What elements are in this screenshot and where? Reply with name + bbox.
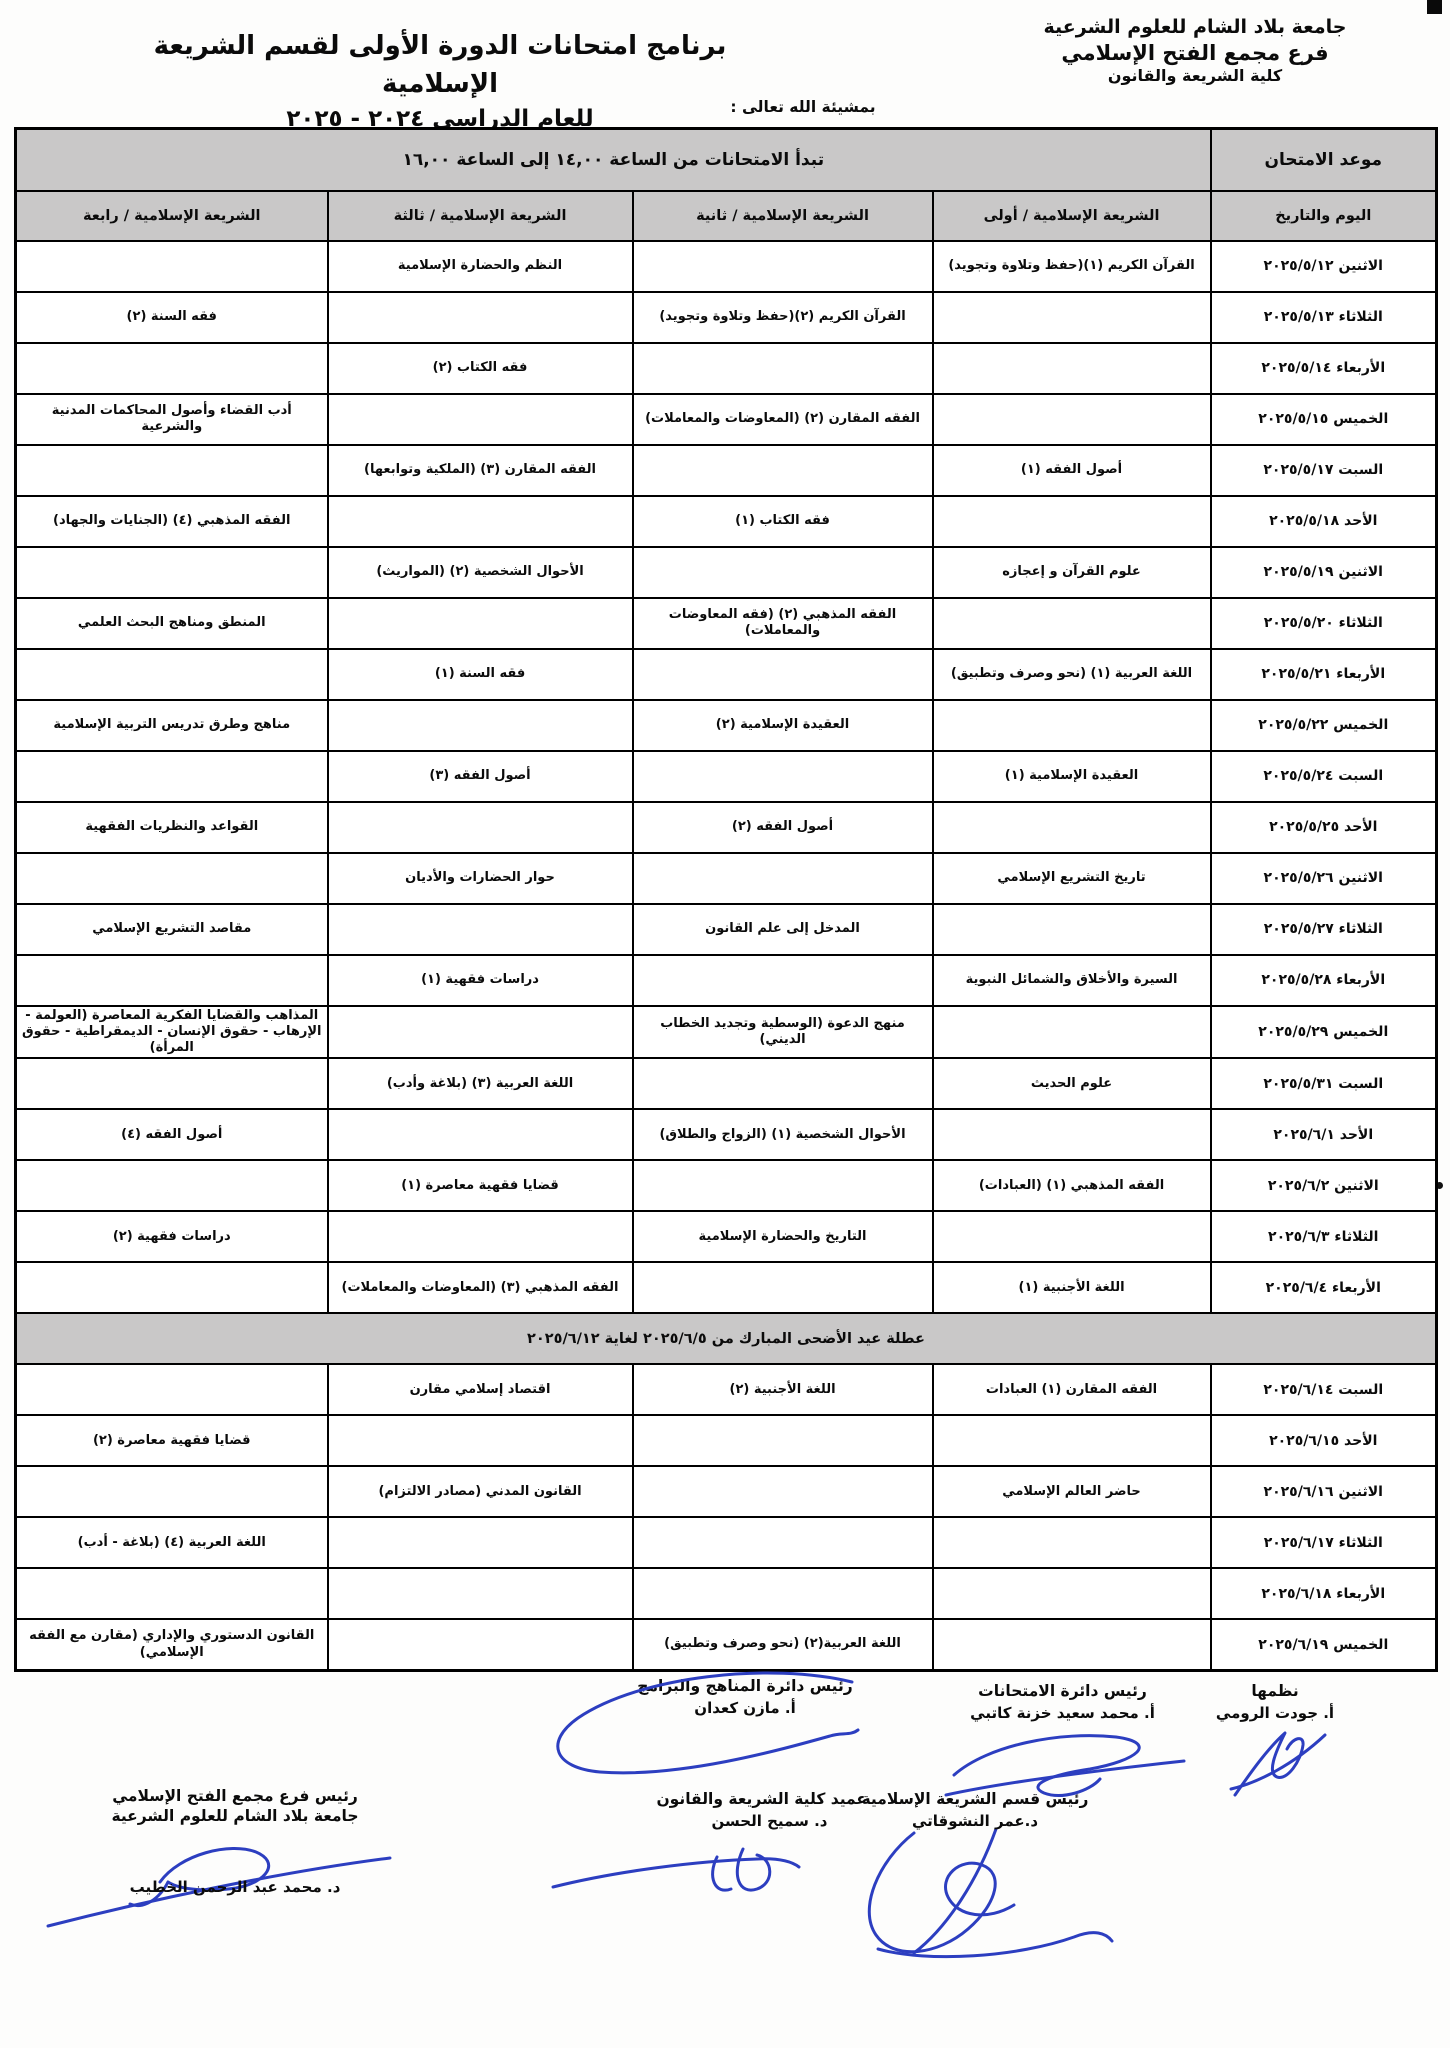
exam-subject-cell: فقه الكتاب (١): [633, 496, 933, 547]
exam-row: الخميس ٢٠٢٥/٦/١٩اللغة العربية(٢) (نحو وص…: [16, 1619, 1437, 1670]
exam-subject-cell: القانون المدني (مصادر الالتزام): [328, 1466, 633, 1517]
invocation-text: بمشيئة الله تعالى :: [728, 98, 878, 116]
signature-ink-dept-head: [818, 1825, 1118, 1963]
dean-name: د. سميح الحسن: [672, 1812, 867, 1832]
exam-subject-cell: [328, 1006, 633, 1059]
exam-subject-cell: [16, 1466, 328, 1517]
exam-subject-cell: القرآن الكريم (١)(حفظ وتلاوة وتجويد): [933, 241, 1211, 292]
exam-subject-cell: الفقه المذهبي (٣) (المعاوضات والمعاملات): [328, 1262, 633, 1313]
exam-subject-cell: [633, 547, 933, 598]
branch-name: فرع مجمع الفتح الإسلامي: [1030, 40, 1360, 66]
exam-subject-cell: [328, 598, 633, 649]
exam-date-cell: السبت ٢٠٢٥/٦/١٤: [1211, 1364, 1437, 1415]
exam-subject-cell: السيرة والأخلاق والشمائل النبوية: [933, 955, 1211, 1006]
exam-subject-cell: الأحوال الشخصية (٢) (المواريث): [328, 547, 633, 598]
exam-subject-cell: [16, 1160, 328, 1211]
exam-date-cell: الأحد ٢٠٢٥/٥/٢٥: [1211, 802, 1437, 853]
exam-subject-cell: تاريخ التشريع الإسلامي: [933, 853, 1211, 904]
exam-subject-cell: [328, 1415, 633, 1466]
exam-subject-cell: اللغة العربية (٤) (بلاغة - أدب): [16, 1517, 328, 1568]
dean-role: عميد كلية الشريعة والقانون: [672, 1789, 867, 1809]
exam-subject-cell: [328, 904, 633, 955]
exam-subject-cell: اللغة العربية(٢) (نحو وصرف وتطبيق): [633, 1619, 933, 1670]
exam-subject-cell: [933, 1517, 1211, 1568]
exam-row: الأربعاء ٢٠٢٥/٥/٢١اللغة العربية (١) (نحو…: [16, 649, 1437, 700]
exam-subject-cell: اللغة العربية (١) (نحو وصرف وتطبيق): [933, 649, 1211, 700]
signature-block-dean: عميد كلية الشريعة والقانون د. سميح الحسن: [672, 1789, 867, 1832]
exam-row: الخميس ٢٠٢٥/٥/٢٩منهج الدعوة (الوسطية وتج…: [16, 1006, 1437, 1059]
exam-subject-cell: [933, 598, 1211, 649]
exam-subject-cell: [16, 751, 328, 802]
exam-subject-cell: قضايا فقهية معاصرة (١): [328, 1160, 633, 1211]
exam-subject-cell: [933, 292, 1211, 343]
exam-subject-cell: فقه الكتاب (٢): [328, 343, 633, 394]
exam-row: الخميس ٢٠٢٥/٥/٢٢العقيدة الإسلامية (٢)منا…: [16, 700, 1437, 751]
exam-row: الثلاثاء ٢٠٢٥/٦/١٧اللغة العربية (٤) (بلا…: [16, 1517, 1437, 1568]
exam-subject-cell: أصول الفقه (١): [933, 445, 1211, 496]
exam-row: الأحد ٢٠٢٥/٦/١٥قضايا فقهية معاصرة (٢): [16, 1415, 1437, 1466]
signature-block-organizer: نظمها أ. جودت الرومي: [1185, 1681, 1365, 1724]
exam-subject-cell: [16, 853, 328, 904]
exam-subject-cell: [933, 700, 1211, 751]
exam-date-cell: الخميس ٢٠٢٥/٥/٢٩: [1211, 1006, 1437, 1059]
branch-head-name: د. محمد عبد الرحمن الخطيب: [85, 1878, 385, 1898]
exam-subject-cell: [633, 445, 933, 496]
exam-subject-cell: [633, 955, 933, 1006]
exam-subject-cell: التاريخ والحضارة الإسلامية: [633, 1211, 933, 1262]
exam-subject-cell: العقيدة الإسلامية (١): [933, 751, 1211, 802]
exam-subject-cell: [16, 241, 328, 292]
exam-subject-cell: [933, 1415, 1211, 1466]
exam-subject-cell: [633, 343, 933, 394]
signature-ink-organizer: [1225, 1725, 1333, 1803]
exam-subject-cell: [16, 445, 328, 496]
scanned-exam-schedule-page: جامعة بلاد الشام للعلوم الشرعية فرع مجمع…: [0, 0, 1450, 2048]
curricula-head-name: أ. مازن كعدان: [600, 1699, 890, 1719]
exam-date-cell: السبت ٢٠٢٥/٥/٣١: [1211, 1058, 1437, 1109]
exam-subject-cell: [633, 649, 933, 700]
exam-subject-cell: المنطق ومناهج البحث العلمي: [16, 598, 328, 649]
exam-subject-cell: [633, 751, 933, 802]
exam-subject-cell: [933, 802, 1211, 853]
exam-date-cell: الأربعاء ٢٠٢٥/٦/٤: [1211, 1262, 1437, 1313]
exam-subject-cell: [933, 1568, 1211, 1619]
exam-subject-cell: [328, 1517, 633, 1568]
exam-subject-cell: دراسات فقهية (٢): [16, 1211, 328, 1262]
exam-subject-cell: فقه السنة (١): [328, 649, 633, 700]
table-header-row-2: اليوم والتاريخ الشريعة الإسلامية / أولى …: [16, 191, 1437, 241]
exam-date-cell: الأربعاء ٢٠٢٥/٥/٢١: [1211, 649, 1437, 700]
exam-subject-cell: [633, 1058, 933, 1109]
exam-row: السبت ٢٠٢٥/٥/٣١علوم الحديثاللغة العربية …: [16, 1058, 1437, 1109]
exam-subject-cell: فقه السنة (٢): [16, 292, 328, 343]
exam-date-cell: الخميس ٢٠٢٥/٥/١٥: [1211, 394, 1437, 445]
exam-date-cell: الأحد ٢٠٢٥/٦/١: [1211, 1109, 1437, 1160]
exam-subject-cell: اقتصاد إسلامي مقارن: [328, 1364, 633, 1415]
exam-subject-cell: المذاهب والقضايا الفكرية المعاصرة (العول…: [16, 1006, 328, 1059]
exam-subject-cell: دراسات فقهية (١): [328, 955, 633, 1006]
exams-head-role: رئيس دائرة الامتحانات: [935, 1681, 1190, 1701]
exam-subject-cell: [933, 496, 1211, 547]
exam-row: السبت ٢٠٢٥/٦/١٤الفقه المقارن (١) العبادا…: [16, 1364, 1437, 1415]
exam-subject-cell: [16, 955, 328, 1006]
exam-subject-cell: [328, 496, 633, 547]
exam-subject-cell: الفقه المذهبي (٢) (فقه المعاوضات والمعام…: [633, 598, 933, 649]
exam-subject-cell: [933, 1006, 1211, 1059]
table-header-row-1: موعد الامتحان تبدأ الامتحانات من الساعة …: [16, 129, 1437, 191]
exam-subject-cell: علوم الحديث: [933, 1058, 1211, 1109]
exam-subject-cell: أدب القضاء وأصول المحاكمات المدنية والشر…: [16, 394, 328, 445]
exam-date-cell: الأحد ٢٠٢٥/٦/١٥: [1211, 1415, 1437, 1466]
exam-subject-cell: [16, 343, 328, 394]
exam-subject-cell: [933, 1109, 1211, 1160]
document-title: برنامج امتحانات الدورة الأولى لقسم الشري…: [140, 28, 740, 137]
exam-subject-cell: [16, 1058, 328, 1109]
exam-subject-cell: [328, 1619, 633, 1670]
exam-subject-cell: أصول الفقه (٤): [16, 1109, 328, 1160]
branch-head-org: جامعة بلاد الشام للعلوم الشرعية: [85, 1806, 385, 1826]
exam-subject-cell: [16, 1568, 328, 1619]
dept-head-name: د.عمر النشوقاتي: [860, 1812, 1090, 1832]
scan-corner-mark: [1427, 0, 1442, 14]
exam-row: الأحد ٢٠٢٥/٥/١٨فقه الكتاب (١)الفقه المذه…: [16, 496, 1437, 547]
exam-row: الاثنين ٢٠٢٥/٦/١٦حاضر العالم الإسلاميالق…: [16, 1466, 1437, 1517]
signature-block-exams-head: رئيس دائرة الامتحانات أ. محمد سعيد خزنة …: [935, 1681, 1190, 1724]
exam-subject-cell: الأحوال الشخصية (١) (الزواج والطلاق): [633, 1109, 933, 1160]
exam-subject-cell: علوم القرآن و إعجازه: [933, 547, 1211, 598]
exam-subject-cell: مقاصد التشريع الإسلامي: [16, 904, 328, 955]
exam-date-cell: الثلاثاء ٢٠٢٥/٦/٣: [1211, 1211, 1437, 1262]
exam-subject-cell: [328, 1109, 633, 1160]
year2-column-header: الشريعة الإسلامية / ثانية: [633, 191, 933, 241]
exam-date-cell: الاثنين ٢٠٢٥/٥/١٢: [1211, 241, 1437, 292]
exam-row: الثلاثاء ٢٠٢٥/٥/١٣القرآن الكريم (٢)(حفظ …: [16, 292, 1437, 343]
exam-subject-cell: الفقه المقارن (٣) (الملكية وتوابعها): [328, 445, 633, 496]
signature-block-branch-head: رئيس فرع مجمع الفتح الإسلامي جامعة بلاد …: [85, 1786, 385, 1898]
year1-column-header: الشريعة الإسلامية / أولى: [933, 191, 1211, 241]
exam-row: الأربعاء ٢٠٢٥/٥/١٤فقه الكتاب (٢): [16, 343, 1437, 394]
exam-subject-cell: المدخل إلى علم القانون: [633, 904, 933, 955]
exam-subject-cell: مناهج وطرق تدريس التربية الإسلامية: [16, 700, 328, 751]
exam-subject-cell: [633, 1568, 933, 1619]
exam-date-cell: الخميس ٢٠٢٥/٦/١٩: [1211, 1619, 1437, 1670]
exam-subject-cell: اللغة العربية (٣) (بلاغة وأدب): [328, 1058, 633, 1109]
exam-subject-cell: [328, 700, 633, 751]
exam-subject-cell: [933, 343, 1211, 394]
holiday-notice: عطلة عيد الأضحى المبارك من ٢٠٢٥/٦/٥ لغاي…: [16, 1313, 1437, 1364]
exam-subject-cell: القانون الدستوري والإداري (مقارن مع الفق…: [16, 1619, 328, 1670]
exam-subject-cell: اللغة الأجنبية (٢): [633, 1364, 933, 1415]
exam-subject-cell: الفقه المذهبي (١) (العبادات): [933, 1160, 1211, 1211]
exam-row: الأربعاء ٢٠٢٥/٦/١٨: [16, 1568, 1437, 1619]
university-name: جامعة بلاد الشام للعلوم الشرعية: [1030, 16, 1360, 40]
exam-subject-cell: [933, 904, 1211, 955]
exam-subject-cell: أصول الفقه (٣): [328, 751, 633, 802]
exam-table-body: الاثنين ٢٠٢٥/٥/١٢القرآن الكريم (١)(حفظ و…: [16, 241, 1437, 1671]
exam-row: الأحد ٢٠٢٥/٥/٢٥أصول الفقه (٢)القواعد وال…: [16, 802, 1437, 853]
signature-block-curricula-head: رئيس دائرة المناهج والبرامج أ. مازن كعدا…: [600, 1676, 890, 1719]
exam-subject-cell: [328, 394, 633, 445]
exam-row: الأربعاء ٢٠٢٥/٥/٢٨السيرة والأخلاق والشما…: [16, 955, 1437, 1006]
exam-subject-cell: حوار الحضارات والأديان: [328, 853, 633, 904]
exam-date-cell: الاثنين ٢٠٢٥/٦/٢: [1211, 1160, 1437, 1211]
exam-subject-cell: العقيدة الإسلامية (٢): [633, 700, 933, 751]
exam-subject-cell: [16, 1262, 328, 1313]
date-column-header: اليوم والتاريخ: [1211, 191, 1437, 241]
exam-row: الأحد ٢٠٢٥/٦/١الأحوال الشخصية (١) (الزوا…: [16, 1109, 1437, 1160]
exam-subject-cell: [328, 1568, 633, 1619]
exam-subject-cell: [933, 394, 1211, 445]
exam-date-cell: الأربعاء ٢٠٢٥/٥/١٤: [1211, 343, 1437, 394]
exam-subject-cell: [328, 802, 633, 853]
exam-subject-cell: [328, 292, 633, 343]
exam-subject-cell: القرآن الكريم (٢)(حفظ وتلاوة وتجويد): [633, 292, 933, 343]
exam-subject-cell: النظم والحضارة الإسلامية: [328, 241, 633, 292]
exam-subject-cell: [633, 1466, 933, 1517]
exam-subject-cell: [16, 547, 328, 598]
exams-head-name: أ. محمد سعيد خزنة كاتبي: [935, 1704, 1190, 1724]
year4-column-header: الشريعة الإسلامية / رابعة: [16, 191, 328, 241]
faculty-name: كلية الشريعة والقانون: [1030, 66, 1360, 86]
exam-date-cell: السبت ٢٠٢٥/٥/٢٤: [1211, 751, 1437, 802]
exam-subject-cell: الفقه المذهبي (٤) (الجنايات والجهاد): [16, 496, 328, 547]
exam-subject-cell: [633, 853, 933, 904]
exam-schedule-table: موعد الامتحان تبدأ الامتحانات من الساعة …: [14, 127, 1438, 1672]
exam-date-cell: الثلاثاء ٢٠٢٥/٥/٢٧: [1211, 904, 1437, 955]
exam-subject-cell: أصول الفقه (٢): [633, 802, 933, 853]
exam-time-corner-header: موعد الامتحان: [1211, 129, 1437, 191]
exam-date-cell: الثلاثاء ٢٠٢٥/٥/٢٠: [1211, 598, 1437, 649]
exam-subject-cell: [633, 1415, 933, 1466]
signature-block-dept-head: رئيس قسم الشريعة الإسلامية د.عمر النشوقا…: [860, 1789, 1090, 1832]
exam-row: الاثنين ٢٠٢٥/٥/٢٦تاريخ التشريع الإسلاميح…: [16, 853, 1437, 904]
dept-head-role: رئيس قسم الشريعة الإسلامية: [860, 1789, 1090, 1809]
exam-row: الاثنين ٢٠٢٥/٦/٢الفقه المذهبي (١) (العبا…: [16, 1160, 1437, 1211]
exam-subject-cell: [933, 1211, 1211, 1262]
exam-subject-cell: [633, 1262, 933, 1313]
exam-date-cell: الاثنين ٢٠٢٥/٦/١٦: [1211, 1466, 1437, 1517]
exam-date-cell: الثلاثاء ٢٠٢٥/٥/١٣: [1211, 292, 1437, 343]
exam-date-cell: السبت ٢٠٢٥/٥/١٧: [1211, 445, 1437, 496]
exam-subject-cell: حاضر العالم الإسلامي: [933, 1466, 1211, 1517]
exam-subject-cell: [633, 1160, 933, 1211]
exam-date-cell: الأحد ٢٠٢٥/٥/١٨: [1211, 496, 1437, 547]
exam-subject-cell: اللغة الأجنبية (١): [933, 1262, 1211, 1313]
signature-ink-dean: [547, 1841, 812, 1905]
exam-time-note: تبدأ الامتحانات من الساعة ١٤,٠٠ إلى السا…: [16, 129, 1211, 191]
exam-subject-cell: [633, 241, 933, 292]
exam-row: الاثنين ٢٠٢٥/٥/١٩علوم القرآن و إعجازهالأ…: [16, 547, 1437, 598]
exam-subject-cell: الفقه المقارن (١) العبادات: [933, 1364, 1211, 1415]
exam-subject-cell: القواعد والنظريات الفقهية: [16, 802, 328, 853]
exam-row: السبت ٢٠٢٥/٥/٢٤العقيدة الإسلامية (١)أصول…: [16, 751, 1437, 802]
holiday-row: عطلة عيد الأضحى المبارك من ٢٠٢٥/٦/٥ لغاي…: [16, 1313, 1437, 1364]
exam-row: الثلاثاء ٢٠٢٥/٥/٢٧المدخل إلى علم القانون…: [16, 904, 1437, 955]
exam-subject-cell: قضايا فقهية معاصرة (٢): [16, 1415, 328, 1466]
exam-date-cell: الاثنين ٢٠٢٥/٥/٢٦: [1211, 853, 1437, 904]
exam-subject-cell: [633, 1517, 933, 1568]
exam-row: الاثنين ٢٠٢٥/٥/١٢القرآن الكريم (١)(حفظ و…: [16, 241, 1437, 292]
exam-row: السبت ٢٠٢٥/٥/١٧أصول الفقه (١)الفقه المقا…: [16, 445, 1437, 496]
exam-subject-cell: [16, 649, 328, 700]
exam-row: الثلاثاء ٢٠٢٥/٥/٢٠الفقه المذهبي (٢) (فقه…: [16, 598, 1437, 649]
exam-date-cell: الثلاثاء ٢٠٢٥/٦/١٧: [1211, 1517, 1437, 1568]
exam-row: الخميس ٢٠٢٥/٥/١٥الفقه المقارن (٢) (المعا…: [16, 394, 1437, 445]
exam-row: الأربعاء ٢٠٢٥/٦/٤اللغة الأجنبية (١)الفقه…: [16, 1262, 1437, 1313]
exam-date-cell: الخميس ٢٠٢٥/٥/٢٢: [1211, 700, 1437, 751]
exam-subject-cell: [328, 1211, 633, 1262]
exam-subject-cell: الفقه المقارن (٢) (المعاوضات والمعاملات): [633, 394, 933, 445]
title-line-1: برنامج امتحانات الدورة الأولى لقسم الشري…: [140, 28, 740, 103]
curricula-head-role: رئيس دائرة المناهج والبرامج: [600, 1676, 890, 1696]
org-header: جامعة بلاد الشام للعلوم الشرعية فرع مجمع…: [1030, 16, 1360, 86]
organizer-role: نظمها: [1185, 1681, 1365, 1701]
exam-date-cell: الاثنين ٢٠٢٥/٥/١٩: [1211, 547, 1437, 598]
exam-row: الثلاثاء ٢٠٢٥/٦/٣التاريخ والحضارة الإسلا…: [16, 1211, 1437, 1262]
branch-head-role: رئيس فرع مجمع الفتح الإسلامي: [85, 1786, 385, 1806]
year3-column-header: الشريعة الإسلامية / ثالثة: [328, 191, 633, 241]
exam-date-cell: الأربعاء ٢٠٢٥/٦/١٨: [1211, 1568, 1437, 1619]
exam-subject-cell: منهج الدعوة (الوسطية وتجديد الخطاب الدين…: [633, 1006, 933, 1059]
exam-subject-cell: [16, 1364, 328, 1415]
exam-subject-cell: [933, 1619, 1211, 1670]
exam-date-cell: الأربعاء ٢٠٢٥/٥/٢٨: [1211, 955, 1437, 1006]
organizer-name: أ. جودت الرومي: [1185, 1704, 1365, 1724]
